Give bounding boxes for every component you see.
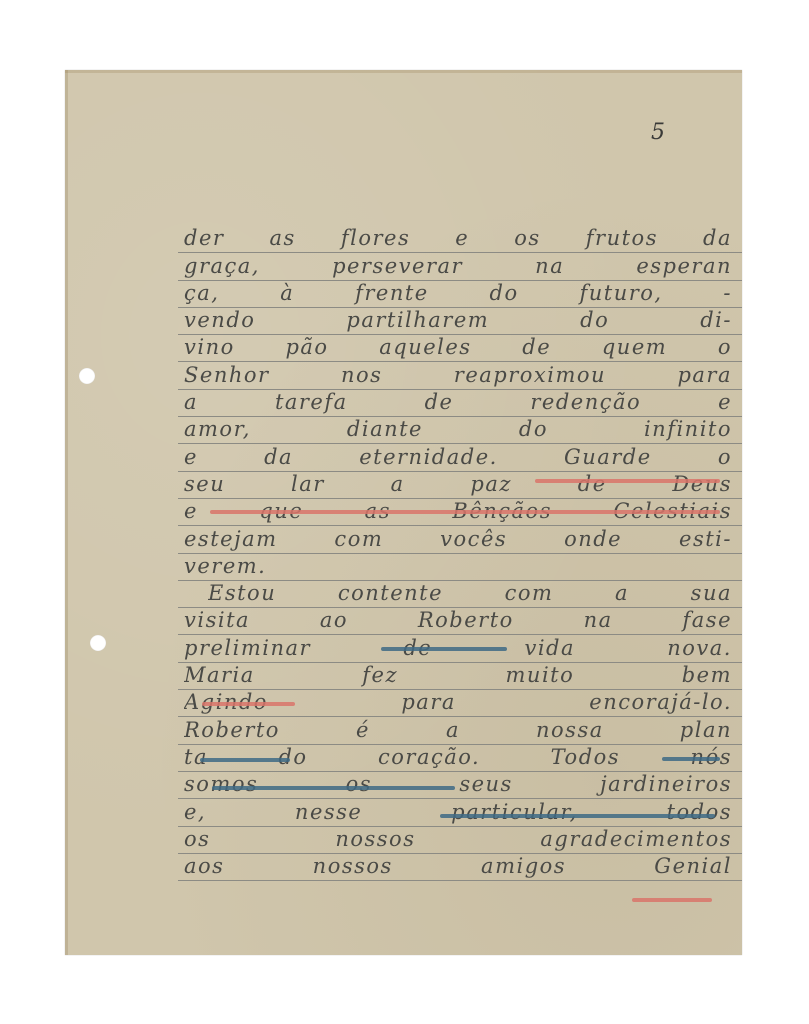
red-underline — [210, 510, 720, 514]
ruled-line: Maria fez muito bem — [178, 663, 742, 690]
text-line: visita ao Roberto na fase — [184, 608, 732, 632]
text-line: amor, diante do infinito — [184, 417, 732, 441]
text-line: Roberto é a nossa plan — [184, 718, 732, 742]
text-line: ça, à frente do futuro, - — [184, 281, 732, 305]
text-line: graça, perseverar na esperan — [184, 254, 732, 278]
ruled-line: aos nossos amigos Genial — [178, 854, 742, 881]
text-line: Senhor nos reaproximou para — [184, 363, 732, 387]
text-line: Estou contente com a sua — [208, 581, 732, 605]
red-underline — [535, 479, 720, 483]
punch-hole — [79, 368, 95, 384]
ruled-line: Estou contente com a sua — [178, 581, 742, 608]
text-line: vendo partilharem do di- — [184, 308, 732, 332]
text-line: e da eternidade. Guarde o — [184, 445, 732, 469]
text-line: e, nesse particular, todos — [184, 800, 732, 824]
text-line: os nossos agradecimentos — [184, 827, 732, 851]
text-line: ta do coração. Todos nós — [184, 745, 732, 769]
text-line: vino pão aqueles de quem o — [184, 335, 732, 359]
blue-underline — [212, 786, 455, 790]
punch-hole — [90, 635, 106, 651]
ruled-line: estejam com vocês onde esti- — [178, 526, 742, 553]
ruled-line: amor, diante do infinito — [178, 417, 742, 444]
ruled-line: e da eternidade. Guarde o — [178, 444, 742, 471]
ruled-line: Roberto é a nossa plan — [178, 717, 742, 744]
blue-underline — [662, 757, 720, 761]
ruled-line: verem. — [178, 554, 742, 581]
ruled-line: Senhor nos reaproximou para — [178, 362, 742, 389]
page-edge — [65, 70, 742, 73]
red-underline — [632, 898, 712, 902]
text-line: verem. — [184, 554, 732, 578]
blue-underline — [440, 814, 715, 818]
ruled-line: vino pão aqueles de quem o — [178, 335, 742, 362]
ruled-line: visita ao Roberto na fase — [178, 608, 742, 635]
red-underline — [202, 702, 295, 706]
text-line: Maria fez muito bem — [184, 663, 732, 687]
text-line: a tarefa de redenção e — [184, 390, 732, 414]
ruled-line: ça, à frente do futuro, - — [178, 281, 742, 308]
page-edge — [65, 70, 68, 955]
ruled-line: vendo partilharem do di- — [178, 308, 742, 335]
ruled-line: a tarefa de redenção e — [178, 390, 742, 417]
ruled-line: e, nesse particular, todos — [178, 799, 742, 826]
text-line: estejam com vocês onde esti- — [184, 527, 732, 551]
ruled-line: graça, perseverar na esperan — [178, 253, 742, 280]
ruled-line: os nossos agradecimentos — [178, 827, 742, 854]
text-line: seu lar a paz de Deus — [184, 472, 732, 496]
blue-underline — [200, 758, 290, 762]
ruled-line: seu lar a paz de Deus — [178, 472, 742, 499]
page-number: 5 — [651, 120, 665, 145]
handwritten-text-block: der as flores e os frutos da graça, pers… — [178, 226, 742, 881]
text-line: aos nossos amigos Genial — [184, 854, 732, 878]
ruled-line: der as flores e os frutos da — [178, 226, 742, 253]
text-line: somos os seus jardineiros — [184, 772, 732, 796]
text-line: der as flores e os frutos da — [184, 226, 732, 250]
blue-underline — [381, 647, 507, 651]
